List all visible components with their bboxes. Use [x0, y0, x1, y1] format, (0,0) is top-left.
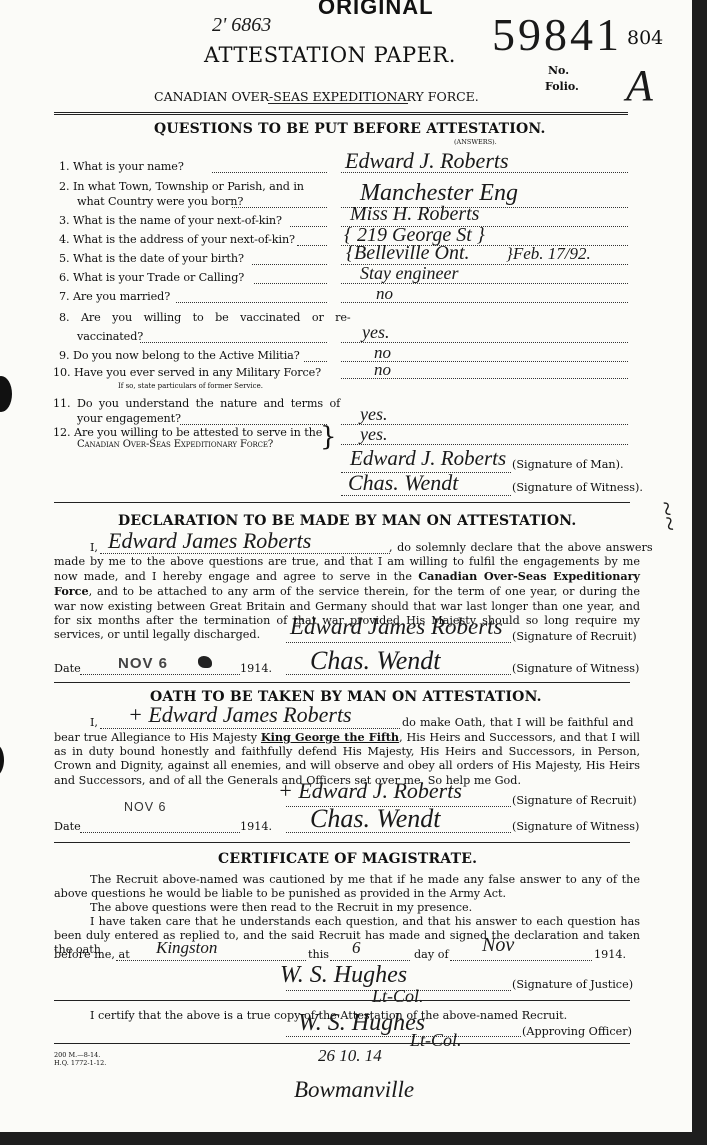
scan-border-right	[692, 0, 707, 1145]
signature-justice: W. S. Hughes	[280, 962, 407, 989]
question-number: 4.	[59, 233, 69, 246]
regimental-number: 59841	[492, 8, 622, 61]
answer-1: Edward J. Roberts	[345, 148, 509, 174]
declaration-signature-witness: Chas. Wendt	[310, 646, 441, 676]
scan-border-bottom	[0, 1132, 707, 1145]
handwritten-footer-date: 26 10. 14	[318, 1046, 382, 1066]
declaration-first-line: I,	[90, 541, 98, 554]
question-9: 9. Do you now belong to the Active Milit…	[59, 349, 300, 362]
magistrate-year: 1914.	[594, 948, 626, 961]
margin-squiggle: ~~	[649, 498, 686, 533]
document-subtitle: CANADIAN OVER-SEAS EXPEDITIONARY FORCE.	[154, 89, 479, 104]
declaration-date-label: Date	[54, 662, 81, 675]
answer-5-text: Feb. 17/92.	[513, 244, 591, 263]
question-number: 5.	[59, 252, 69, 265]
question-1: 1. What is your name?	[59, 160, 184, 173]
question-number: 10.	[53, 366, 71, 379]
question-number: 1.	[59, 160, 69, 173]
print-code-line-1: 200 M.—8-14.	[54, 1051, 100, 1059]
folio-label: Folio.	[545, 80, 579, 93]
oath-signature-recruit-label: (Signature of Recruit)	[512, 794, 637, 807]
question-text: Have you ever served in any Military For…	[74, 366, 321, 379]
question-11-line2: your engagement?	[77, 412, 181, 425]
answer-12: yes.	[360, 424, 387, 445]
oath-date-stamp: NOV 6	[124, 800, 167, 814]
section-divider	[54, 682, 630, 683]
declaration-signature-recruit: Edward James Roberts	[290, 614, 503, 640]
question-text: Do you now belong to the Active Militia?	[73, 349, 300, 362]
section-divider	[54, 502, 630, 503]
answer-5: }Feb. 17/92.	[506, 244, 591, 264]
question-2: 2. In what Town, Township or Parish, and…	[59, 180, 304, 193]
question-text: In what Town, Township or Parish, and in	[73, 180, 304, 193]
question-leader	[176, 302, 327, 303]
oath-king-name: King George the Fifth	[261, 730, 399, 744]
question-leader	[304, 361, 327, 362]
question-10-note: If so, state particulars of former Servi…	[118, 382, 263, 390]
question-text: Are you married?	[73, 290, 170, 303]
question-12-line2: Canadian Over-Seas Expeditionary Force?	[77, 439, 273, 450]
no-label: No.	[548, 64, 569, 77]
question-8-line2: vaccinated?	[77, 330, 143, 343]
stamp-blot	[198, 656, 212, 668]
question-2-line2: what Country were you born?	[77, 195, 243, 208]
print-code-line-2: H.Q. 1772-1-12.	[54, 1059, 106, 1067]
section-divider	[54, 1000, 630, 1001]
section-divider	[54, 1043, 630, 1044]
oath-name: + Edward James Roberts	[128, 702, 352, 728]
folio-letter: A	[626, 60, 653, 111]
question-number: 3.	[59, 214, 69, 227]
this-label: this	[308, 948, 329, 961]
question-number: 12.	[53, 426, 71, 439]
question-leader	[212, 172, 327, 173]
day-line[interactable]	[330, 960, 410, 961]
question-number: 7.	[59, 290, 69, 303]
magistrate-para-2: The above questions were then read to th…	[54, 901, 640, 915]
question-number: 9.	[59, 349, 69, 362]
oath-prefix: I,	[90, 716, 98, 729]
question-text: What is your name?	[73, 160, 184, 173]
signature-approving-officer-rank: Lt-Col.	[410, 1030, 462, 1051]
question-3: 3. What is the name of your next-of-kin?	[59, 214, 282, 227]
declaration-prefix: I,	[90, 541, 98, 554]
handwritten-reference: 2' 6863	[212, 14, 271, 37]
oath-date-line[interactable]	[80, 832, 240, 833]
answer-8: yes.	[362, 322, 389, 343]
question-7: 7. Are you married?	[59, 290, 170, 303]
question-12: 12. Are you willing to be attested to se…	[53, 426, 322, 439]
declaration-signature-recruit-label: (Signature of Recruit)	[512, 630, 637, 643]
question-5: 5. What is the date of your birth?	[59, 252, 244, 265]
question-8: 8. Are you willing to be vaccinated or r…	[59, 311, 351, 324]
question-text: What is the name of your next-of-kin?	[73, 214, 282, 227]
signature-justice-label: (Signature of Justice)	[512, 978, 633, 991]
declaration-date-stamp: NOV 6	[118, 655, 168, 672]
day-of-label: day of	[414, 948, 449, 961]
punch-hole	[0, 376, 12, 412]
oath-signature-recruit: + Edward J. Roberts	[278, 778, 462, 804]
signature-approving-officer: W. S. Hughes	[298, 1010, 425, 1037]
oath-body-text: bear true Allegiance to His Majesty	[54, 731, 261, 744]
magistrate-title: CERTIFICATE OF MAGISTRATE.	[218, 851, 477, 867]
question-number: 11.	[53, 397, 71, 410]
question-text: What is your Trade or Calling?	[73, 271, 244, 284]
question-leader	[180, 424, 327, 425]
question-leader	[252, 264, 327, 265]
question-text: What is the address of your next-of-kin?	[73, 233, 295, 246]
oath-text-after-name: do make Oath, that I will be faithful an…	[402, 716, 634, 729]
place-line[interactable]	[116, 960, 306, 961]
question-leader	[232, 207, 327, 208]
declaration-date-line[interactable]	[80, 674, 240, 675]
folio-number: 804	[627, 27, 663, 49]
question-number: 8.	[59, 311, 69, 324]
question-text: Do you understand the nature and terms o…	[77, 397, 340, 410]
approving-officer-label: (Approving Officer)	[522, 1025, 632, 1038]
question-10: 10. Have you ever served in any Military…	[53, 366, 321, 379]
declaration-year: 1914.	[240, 662, 272, 675]
month-line[interactable]	[450, 960, 592, 961]
question-12-brace: }	[320, 424, 337, 450]
attestation-paper: ORIGINAL 2' 6863 ATTESTATION PAPER. 5984…	[0, 0, 692, 1132]
answer-4-city: {Belleville Ont.	[346, 242, 470, 265]
answer-10: no	[374, 360, 391, 380]
oath-signature-witness: Chas. Wendt	[310, 804, 441, 834]
declaration-signature-witness-label: (Signature of Witness)	[512, 662, 639, 675]
magistrate-place: Kingston	[156, 938, 217, 958]
declaration-title: DECLARATION TO BE MADE BY MAN ON ATTESTA…	[118, 513, 576, 529]
answer-4-city-text: Belleville Ont.	[354, 242, 470, 264]
original-stamp: ORIGINAL	[318, 0, 434, 20]
magistrate-day: 6	[352, 938, 361, 958]
oath-date-label: Date	[54, 820, 81, 833]
oath-signature-witness-label: (Signature of Witness)	[512, 820, 639, 833]
answer-11: yes.	[360, 404, 387, 425]
document-title: ATTESTATION PAPER.	[204, 43, 456, 67]
signature-witness: Chas. Wendt	[348, 470, 458, 496]
questions-section-title: QUESTIONS TO BE PUT BEFORE ATTESTATION.	[154, 121, 546, 137]
declaration-signature-recruit-line[interactable]	[286, 642, 511, 643]
magistrate-para-1: The Recruit above-named was cautioned by…	[54, 873, 640, 901]
question-leader	[290, 226, 327, 227]
question-leader	[297, 245, 327, 246]
answer-6: Stay engineer	[360, 263, 458, 284]
question-text: What is the date of your birth?	[73, 252, 244, 265]
answer-7: no	[376, 284, 393, 304]
signature-justice-rank: Lt-Col.	[372, 986, 424, 1007]
handwritten-footer-place: Bowmanville	[294, 1077, 414, 1103]
declaration-name: Edward James Roberts	[108, 528, 311, 554]
signature-witness-label: (Signature of Witness).	[512, 481, 643, 494]
magistrate-para-3: I have taken care that he understands ea…	[54, 915, 640, 958]
signature-man-label: (Signature of Man).	[512, 458, 624, 471]
question-6: 6. What is your Trade or Calling?	[59, 271, 244, 284]
answers-label: (ANSWERS).	[454, 138, 497, 146]
punch-hole	[0, 744, 4, 776]
oath-year: 1914.	[240, 820, 272, 833]
question-number: 6.	[59, 271, 69, 284]
question-11: 11. Do you understand the nature and ter…	[53, 397, 340, 410]
oath-name-line[interactable]	[100, 728, 400, 729]
question-text: Are you willing to be attested to serve …	[74, 426, 322, 439]
magistrate-month: Nov	[482, 934, 514, 957]
signature-man: Edward J. Roberts	[350, 446, 506, 471]
section-divider	[54, 842, 630, 843]
question-leader	[254, 283, 327, 284]
question-leader	[140, 342, 327, 343]
question-number: 2.	[59, 180, 69, 193]
declaration-text-after-name: , do solemnly declare that the above ans…	[389, 541, 653, 554]
question-4: 4. What is the address of your next-of-k…	[59, 233, 295, 246]
question-text: Are you willing to be vaccinated or re-	[81, 311, 351, 324]
header-double-rule	[54, 112, 628, 118]
answer-3: Miss H. Roberts	[350, 203, 479, 226]
